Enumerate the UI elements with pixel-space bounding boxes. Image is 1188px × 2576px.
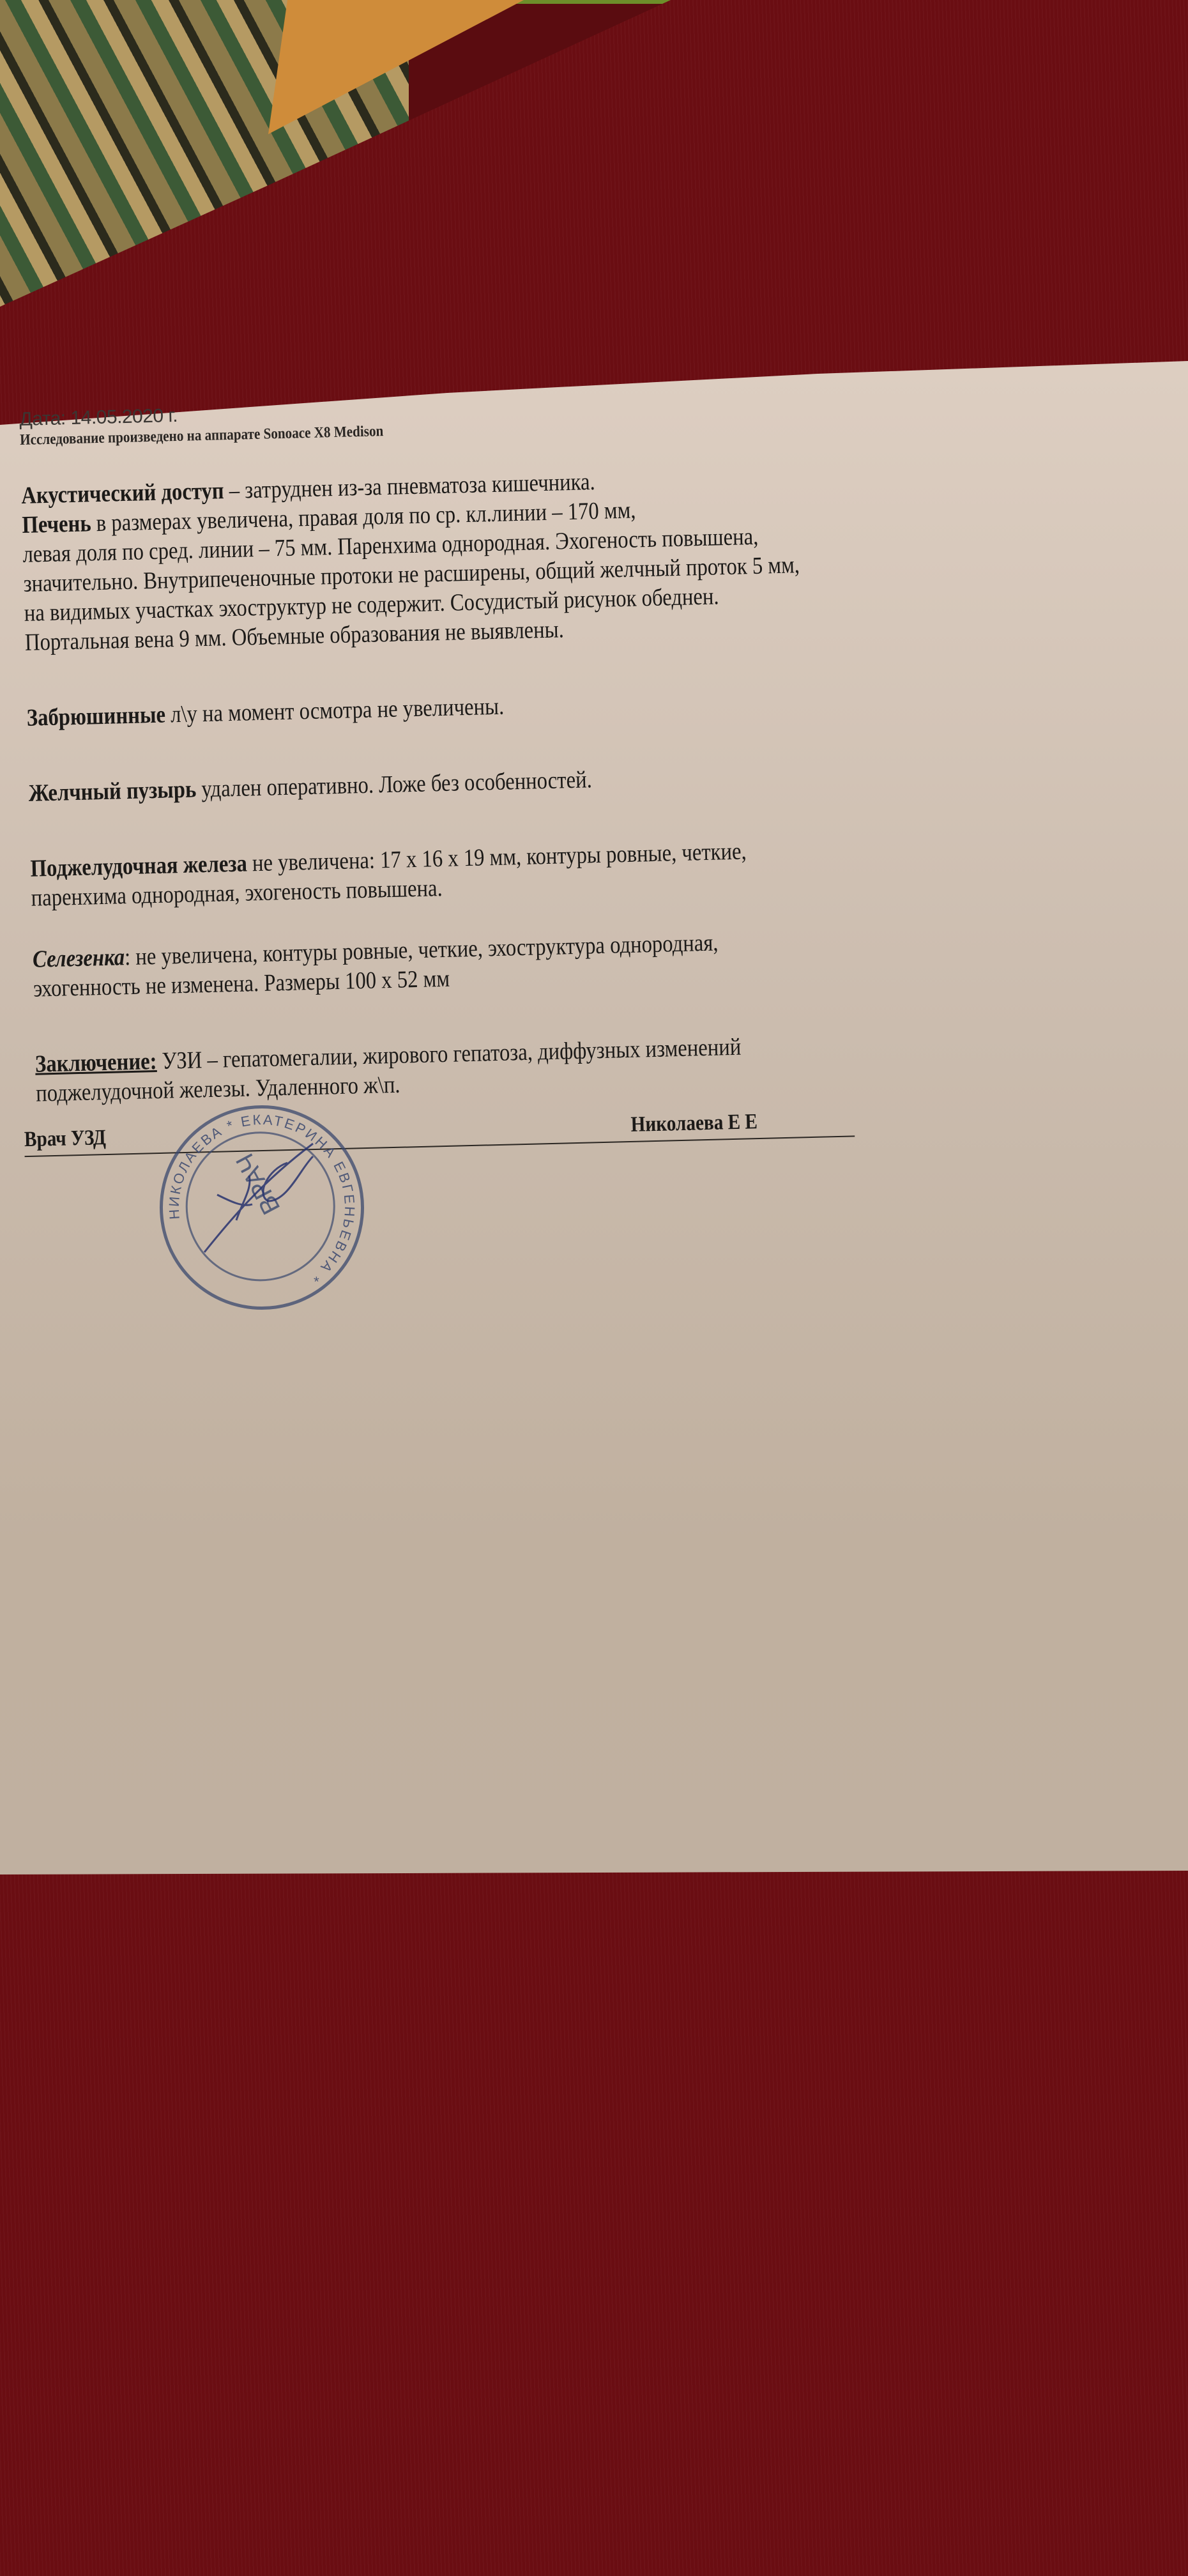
section-label: Поджелудочная железа <box>30 850 247 882</box>
section-label: Печень <box>22 510 91 539</box>
section-label: Акустический доступ <box>21 477 224 509</box>
section-label: Селезенка <box>33 944 125 973</box>
ultrasound-report: Дата: 14.05.2020 г. Исследование произве… <box>19 381 1187 1166</box>
handwritten-signature <box>192 1124 332 1265</box>
section-label: Забрюшинные <box>26 701 165 732</box>
doctor-role: Врач УЗД <box>24 1126 106 1152</box>
conclusion-label: Заключение: <box>35 1048 157 1078</box>
doctor-name: Николаева Е Е <box>630 1110 758 1137</box>
section-label: Желчный пузырь <box>28 776 196 806</box>
